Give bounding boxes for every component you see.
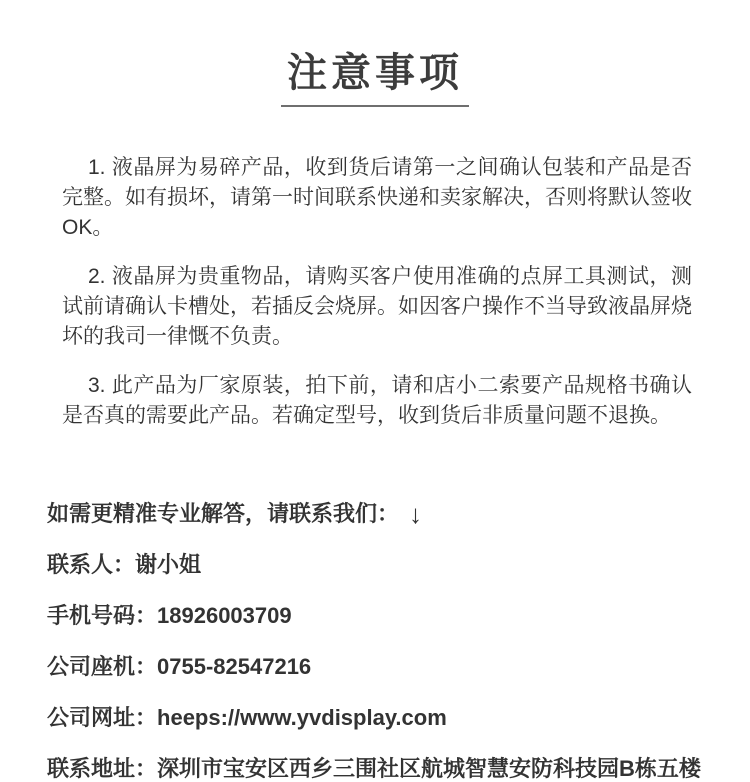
contact-website-label: 公司网址： <box>47 705 157 730</box>
contact-address-value: 深圳市宝安区西乡三围社区航城智慧安防科技园B栋五楼 <box>157 756 701 781</box>
contact-website-line: 公司网址：heeps://www.yvdisplay.com <box>47 703 710 733</box>
contact-landline-label: 公司座机： <box>47 654 157 679</box>
contact-address-label: 联系地址： <box>47 756 157 781</box>
contact-person-label: 联系人： <box>47 552 135 577</box>
contact-landline-line: 公司座机：0755-82547216 <box>47 652 710 682</box>
notes-section: 1. 液晶屏为易碎产品，收到货后请第一之间确认包装和产品是否完整。如有损坏，请第… <box>62 153 692 431</box>
contact-person-value: 谢小姐 <box>135 552 201 577</box>
contact-mobile-value: 18926003709 <box>157 603 292 628</box>
page-title: 注意事项 <box>281 50 469 107</box>
contact-mobile-line: 手机号码：18926003709 <box>47 601 710 631</box>
contact-section: 如需更精准专业解答，请联系我们：↓ 联系人：谢小姐 手机号码：189260037… <box>47 499 710 782</box>
note-item-1: 1. 液晶屏为易碎产品，收到货后请第一之间确认包装和产品是否完整。如有损坏，请第… <box>62 153 692 243</box>
notice-page: 注意事项 1. 液晶屏为易碎产品，收到货后请第一之间确认包装和产品是否完整。如有… <box>0 0 750 782</box>
down-arrow-icon: ↓ <box>409 499 422 529</box>
contact-website-value: heeps://www.yvdisplay.com <box>157 705 447 730</box>
contact-intro-text: 如需更精准专业解答，请联系我们： <box>47 501 399 526</box>
note-item-2: 2. 液晶屏为贵重物品，请购买客户使用准确的点屏工具测试，测试前请确认卡槽处，若… <box>62 262 692 352</box>
contact-intro-line: 如需更精准专业解答，请联系我们：↓ <box>47 499 710 529</box>
contact-address-line: 联系地址：深圳市宝安区西乡三围社区航城智慧安防科技园B栋五楼 <box>47 754 710 782</box>
title-section: 注意事项 <box>0 0 750 107</box>
contact-mobile-label: 手机号码： <box>47 603 157 628</box>
contact-person-line: 联系人：谢小姐 <box>47 550 710 580</box>
contact-landline-value: 0755-82547216 <box>157 654 311 679</box>
note-item-3: 3. 此产品为厂家原装，拍下前，请和店小二索要产品规格书确认是否真的需要此产品。… <box>62 371 692 431</box>
